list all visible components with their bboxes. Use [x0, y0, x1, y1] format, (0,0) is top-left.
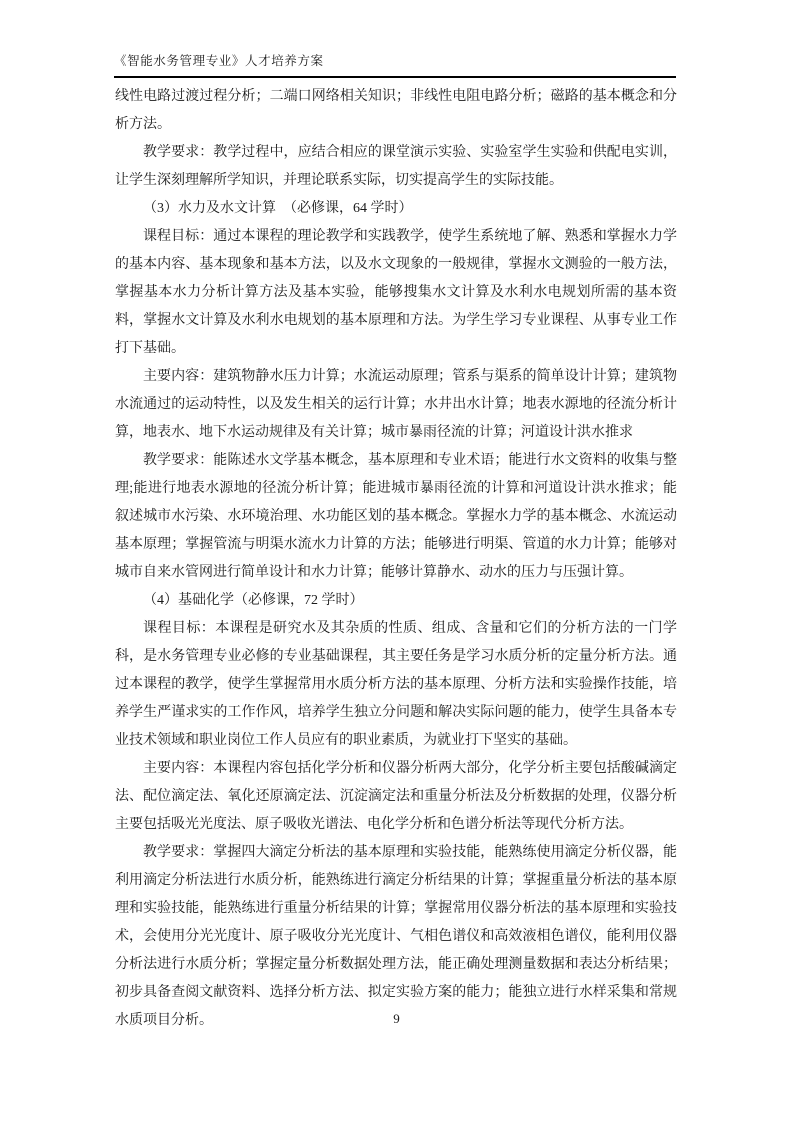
paragraph-course-4-teaching-requirements: 教学要求：掌握四大滴定分析法的基本原理和实验技能，能熟练使用滴定分析仪器，能利用… [115, 839, 677, 1035]
document-page: 《智能水务管理专业》人才培养方案 线性电路过渡过程分析；二端口网络相关知识；非线… [0, 0, 793, 1122]
paragraph-course-4-heading: （4）基础化学（必修课，72 学时） [115, 587, 677, 615]
paragraph-course-3-teaching-requirements: 教学要求：能陈述水文学基本概念，基本原理和专业术语；能进行水文资料的收集与整理;… [115, 447, 677, 587]
page-header: 《智能水务管理专业》人才培养方案 [114, 51, 676, 78]
paragraph-course-4-objectives: 课程目标：本课程是研究水及其杂质的性质、组成、含量和它们的分析方法的一门学科，是… [115, 615, 677, 755]
paragraph-course-3-main-content: 主要内容：建筑物静水压力计算；水流运动原理；管系与渠系的简单设计计算；建筑物水流… [115, 363, 677, 447]
header-title: 《智能水务管理专业》人才培养方案 [114, 51, 676, 69]
page-number: 9 [0, 1011, 793, 1027]
header-divider [114, 76, 676, 78]
paragraph-teaching-requirements-electric: 教学要求：教学过程中，应结合相应的课堂演示实验、实验室学生实验和供配电实训，让学… [115, 139, 677, 195]
paragraph-continuation: 线性电路过渡过程分析；二端口网络相关知识；非线性电阻电路分析；磁路的基本概念和分… [115, 83, 677, 139]
paragraph-course-3-heading: （3）水力及水文计算 （必修课，64 学时） [115, 195, 677, 223]
document-body: 线性电路过渡过程分析；二端口网络相关知识；非线性电阻电路分析；磁路的基本概念和分… [115, 83, 677, 1035]
paragraph-course-4-main-content: 主要内容：本课程内容包括化学分析和仪器分析两大部分，化学分析主要包括酸碱滴定法、… [115, 755, 677, 839]
paragraph-course-3-objectives: 课程目标：通过本课程的理论教学和实践教学，使学生系统地了解、熟悉和掌握水力学的基… [115, 223, 677, 363]
